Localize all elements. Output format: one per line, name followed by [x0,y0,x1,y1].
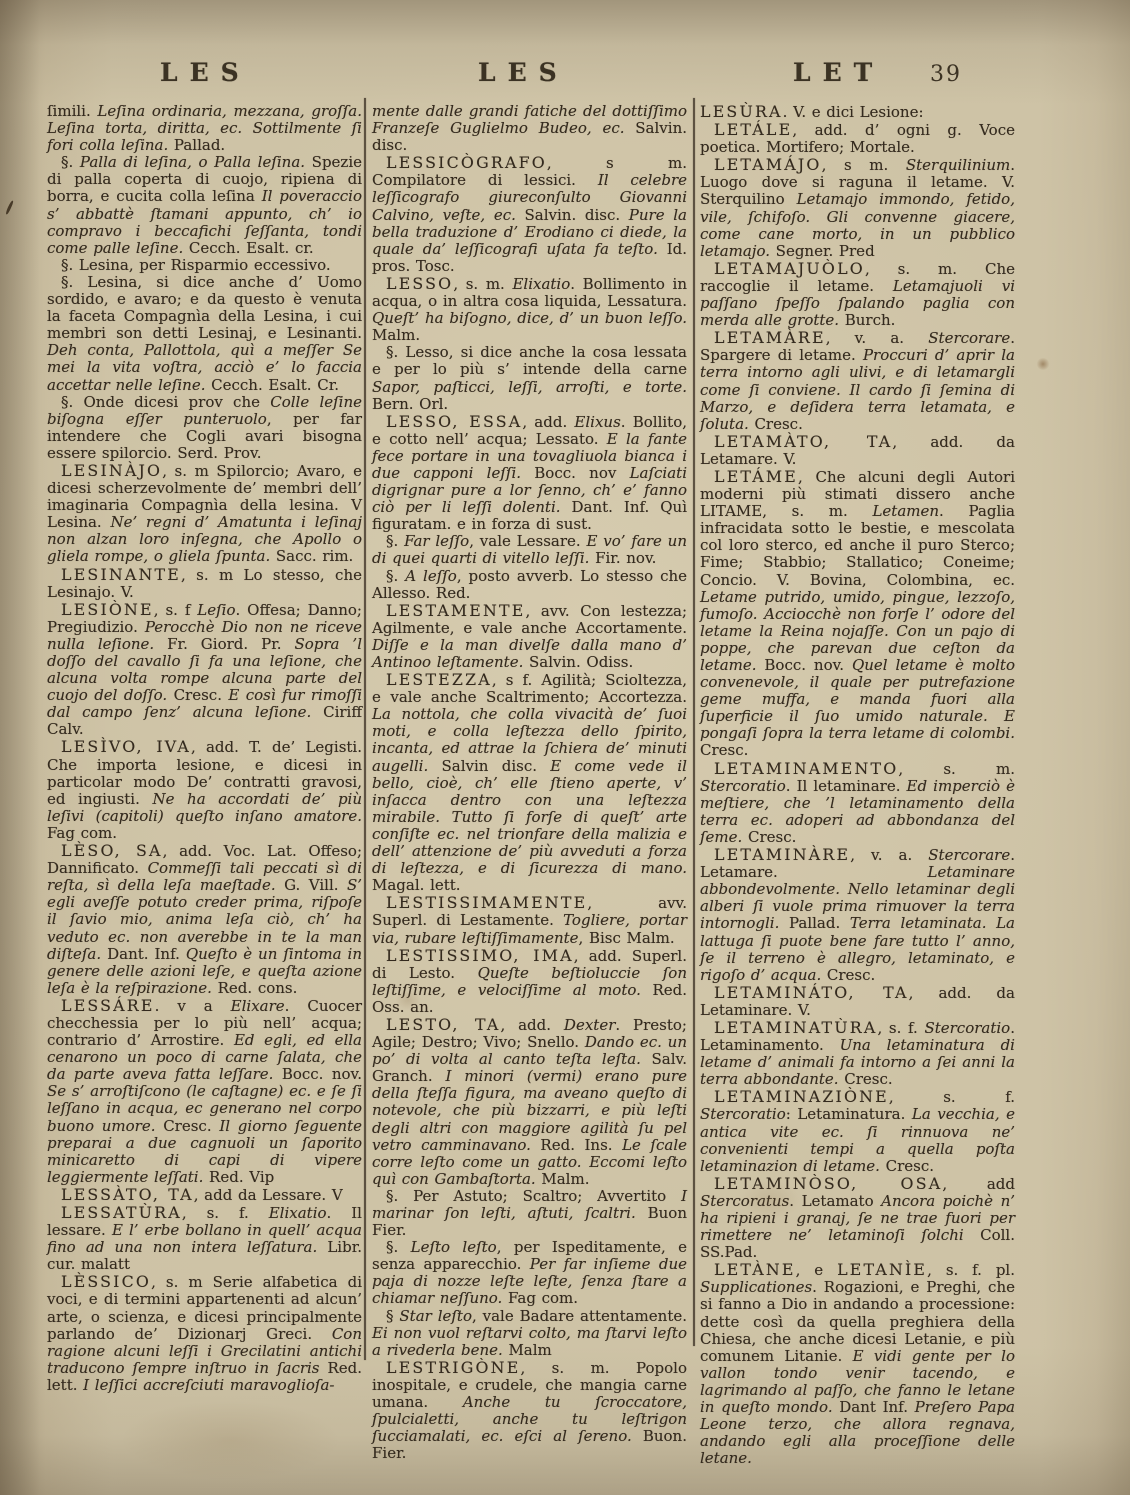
quotation-text: Supplicationes [700,1278,812,1296]
paper-stain [120,1400,340,1480]
column-rule-1 [364,98,366,1360]
dictionary-paragraph: LESSO, ESSA, add. Elixus. Bollito, e cot… [372,413,687,534]
entry-headword: LESSICÒGRAFO [386,153,547,172]
definition-text: , s. m. [898,760,1015,778]
definition-text: . V. e dici Lesione: [783,103,924,121]
entry-headword: LETAMINAMENTO [714,759,898,778]
dictionary-paragraph: LETÁLE, add. d’ ogni g. Voce poetica. Mo… [700,121,1015,156]
dictionary-paragraph: §. A leſſo, posto avverb. Lo stesso che … [372,568,687,602]
entry-headword: LESINANTE [61,565,181,584]
quotation-text: Stercoratio [700,1105,786,1123]
quotation-text: Queſt’ ha biſogno, dice, d’ un buon leſſ… [372,309,687,327]
dictionary-paragraph: LÈSO, SA, add. Voc. Lat. Offeso; Dannifi… [47,842,362,997]
text-column-2: mente dalle grandi fatiche del dottiſſim… [372,103,687,1462]
definition-text: Cresc. [174,686,229,704]
dictionary-paragraph: LETÀNE, e LETANÌE, s. f. pl. Supplicatio… [700,1261,1015,1467]
dictionary-paragraph: LETAMÀRE, v. a. Stercorare. Spargere di … [700,329,1015,433]
entry-headword: LETAMINÒSO, OSA [714,1174,942,1193]
dictionary-paragraph: LESSÀTO, TA, add da Lessare. V [47,1186,362,1204]
entry-headword: LETÁME [714,467,798,486]
definition-text: §. [61,153,80,171]
definition-text: , s. f [154,601,198,619]
entry-headword: LESSÀTO, TA [61,1185,194,1204]
dictionary-paragraph: LESSÁRE. v a Elixare. Cuocer checchessia… [47,997,362,1186]
definition-text: . v a [155,997,231,1015]
definition-text: , add. [500,1016,563,1034]
entry-headword: LETAMINATÙRA [714,1018,877,1037]
ink-mark [5,200,14,215]
quotation-text: Sterquilinium [906,156,1010,174]
dictionary-paragraph: LÈSSICO, s. m Serie alfabetica di voci, … [47,1273,362,1394]
definition-text: , s. f. [889,1088,1015,1106]
entry-headword: LÈSSICO [61,1272,151,1291]
dictionary-paragraph: mente dalle grandi fatiche del dottiſſim… [372,103,687,154]
definition-text: , add [942,1175,1015,1193]
dictionary-paragraph: LETAMÁJO, s m. Sterquilinium. Luogo dove… [700,156,1015,260]
dictionary-paragraph: §. Lesina, si dice anche d’ Uomo sordido… [47,274,362,394]
entry-headword: LESTRIGÒNE [386,1358,520,1377]
definition-text: G. Vill. [284,876,347,894]
entry-headword: LESIÒNE [61,600,154,619]
dictionary-paragraph: LESTISSIMO, IMA, add. Superl. di Lesto. … [372,947,687,1016]
dictionary-paragraph: LETAMAJUÒLO, s. m. Che raccoglie il leta… [700,260,1015,329]
dictionary-paragraph: §. Leſto leſto, per Ispeditamente, e sen… [372,1239,687,1307]
entry-headword: LETAMINÀRE [714,845,850,864]
entry-headword: LESTEZZA [386,670,492,689]
quotation-text: Dexter [564,1016,615,1034]
quotation-text: Star leſto [399,1307,472,1325]
entry-headword: LESSÁRE [61,996,155,1015]
quotation-text: Far leſſo [404,532,469,550]
running-head-right: LET [793,58,884,87]
definition-text: Malm [508,1341,551,1359]
definition-text: Salvin disc. [442,757,551,775]
definition-text: Red. Ins. [540,1136,622,1154]
entry-headword: LESTO, TA [386,1015,500,1034]
dictionary-paragraph: LESTAMENTE, avv. Con lestezza; Agilmente… [372,602,687,671]
dictionary-paragraph: §. Onde dicesi prov che Colle leſine biſ… [47,394,362,462]
definition-text: Cresc. [886,1157,934,1175]
definition-text: , v. a. [826,329,929,347]
definition-text: Salvin. disc. [525,206,629,224]
dictionary-paragraph: LESTRIGÒNE, s. m. Popolo inospitale, e c… [372,1359,687,1463]
definition-text: , s. f. pl. [927,1261,1015,1279]
entry-headword: LETAMINÁTO, TA [714,983,909,1002]
dictionary-paragraph: LETAMÀTO, TA, add. da Letamare. V. [700,433,1015,468]
definition-text: Dant Inf. [839,1398,914,1416]
definition-text: Bern. Orl. [372,395,448,413]
quotation-text: Stercoratio [700,777,786,795]
definition-text: , add da Lessare. V [194,1186,343,1204]
entry-headword: LESTISSIMO, IMA [386,946,574,965]
definition-text: §. [386,532,404,550]
quotation-text: Elixatio [512,275,570,293]
definition-text: Cresc. [827,966,875,984]
quotation-text: Stercorare [928,329,1010,347]
page-number: 39 [930,62,962,87]
definition-text: §. [386,1238,411,1256]
quotation-text: I leſſici accreſciuti maravoglioſa- [83,1376,334,1394]
entry-headword: LETANÌE [837,1260,927,1279]
definition-text: Cresc. [844,1070,892,1088]
definition-text: Cresc. [163,1117,219,1135]
definition-text: §. Lesina, per Risparmio eccessivo. [61,256,331,274]
column-rule-2 [693,98,695,1346]
definition-text: Cecch. Esalt. cr. [189,239,314,257]
paper-stain [1036,358,1050,370]
quotation-text: Sapor, paſticci, leſſi, arroſti, e torte… [372,378,687,396]
quotation-text: Stercoratio [924,1019,1010,1037]
dictionary-paragraph: LETAMINATÙRA, s. f. Stercoratio. Letamin… [700,1019,1015,1088]
quotation-text: Stercoratus [700,1192,789,1210]
entry-headword: LETAMAJUÒLO [714,259,865,278]
definition-text: §. Lesso, si dice anche la cosa lessata … [372,343,687,378]
text-column-1: ſimili. Leſina ordinaria, mezzana, groſſ… [47,103,362,1394]
quotation-text: Leſio [197,601,235,619]
dictionary-paragraph: LETAMINÀRE, v. a. Stercorare. Letamare. … [700,846,1015,984]
dictionary-paragraph: LETÁME, Che alcuni degli Autori moderni … [700,468,1015,760]
dictionary-paragraph: LESSICÒGRAFO, s m. Compilatore di lessic… [372,154,687,275]
text-column-3: LESÙRA. V. e dici Lesione:LETÁLE, add. d… [700,103,1015,1467]
quotation-text: Palla di leſina, o Palla leſina. [80,153,312,171]
dictionary-paragraph: §. Lesso, si dice anche la cosa lessata … [372,344,687,412]
definition-text: Fir. nov. [595,549,656,567]
entry-headword: LÈSO, SA [61,841,163,860]
definition-text: Fag com. [508,1289,578,1307]
definition-text: Burch. [845,311,896,329]
entry-headword: LESÙRA [700,102,783,121]
definition-text: Pallad. [174,136,225,154]
dictionary-paragraph: §. Per Astuto; Scaltro; Avvertito I mari… [372,1188,687,1239]
dictionary-paragraph: LESIÒNE, s. f Leſio. Offesa; Danno; Preg… [47,601,362,739]
dictionary-paragraph: LETAMINAZIÒNE, s. f. Stercoratio: Letami… [700,1088,1015,1174]
definition-text: ſimili. [47,102,97,120]
definition-text: . Letamato [789,1192,881,1210]
definition-text: , e [796,1261,837,1279]
quotation-text: Letamen [872,502,939,520]
definition-text: : Letaminatura. [786,1105,912,1123]
dictionary-paragraph: LESINANTE, s. m Lo stesso, che Lesinajo.… [47,566,362,601]
dictionary-paragraph: § Star leſto, vale Badare attentamente. … [372,1308,687,1359]
definition-text: Malm. [541,1170,589,1188]
quotation-text: Stercorare [928,846,1010,864]
definition-text: , s. m. [453,275,512,293]
definition-text: Salvin. Odiss. [529,653,633,671]
entry-headword: LESÌVO, IVA [61,737,191,756]
definition-text: Malm. [372,326,420,344]
definition-text: Bocc. nov. [282,1065,362,1083]
definition-text: Bocc. nov. [764,656,852,674]
definition-text: Fag com. [47,824,117,842]
definition-text: §. Onde dicesi prov che [61,393,270,411]
quotation-text: Elixare [231,997,285,1015]
definition-text: , s. f. [182,1204,269,1222]
running-head-center: LES [478,58,569,87]
entry-headword: LESTAMENTE [386,601,526,620]
entry-headword: LETÁLE [714,120,792,139]
entry-headword: LESSATÙRA [61,1203,182,1222]
definition-text: Pallad. [789,914,850,932]
dictionary-paragraph: LESTEZZA, s f. Agilità; Scioltezza, e va… [372,671,687,894]
definition-text: §. Lesina, si dice anche d’ Uomo sordido… [47,273,362,342]
entry-headword: LESINÀJO [61,461,162,480]
entry-headword: LETÀNE [714,1260,796,1279]
scanned-dictionary-page: LES LES LET 39 ſimili. Leſina ordinaria,… [0,0,1130,1495]
definition-text: Cresc. [754,415,802,433]
quotation-text: E come vede il bello, cioè, ch’ elle ſti… [372,757,687,878]
definition-text: , add. [522,413,574,431]
definition-text: , vale Badare attentamente. [472,1307,687,1325]
dictionary-paragraph: LESTO, TA, add. Dexter. Presto; Agile; D… [372,1016,687,1188]
entry-headword: LESTISSIMAMENTE [386,893,587,912]
dictionary-paragraph: LESINÀJO, s. m Spilorcio; Avaro, e dices… [47,462,362,566]
definition-text: Cresc. [748,828,796,846]
definition-text: , Bisc Malm. [579,929,675,947]
entry-headword: LESSO, ESSA [386,412,522,431]
quotation-text: Leſto leſto [411,1238,497,1256]
dictionary-paragraph: LETAMINAMENTO, s. m. Stercoratio. Il let… [700,760,1015,846]
dictionary-paragraph: §. Far leſſo, vale Lessare. E vo’ fare u… [372,533,687,567]
dictionary-paragraph: LESSATÙRA, s. f. Elixatio. Il lessare. E… [47,1204,362,1273]
definition-text: §. [386,567,405,585]
definition-text: , vale Lessare. [469,532,586,550]
quotation-text: Elixus [574,413,620,431]
definition-text: Segner. Pred [776,242,875,260]
entry-headword: LETAMÁJO [714,155,822,174]
dictionary-paragraph: §. Lesina, per Risparmio eccessivo. [47,257,362,274]
definition-text: , v. a. [850,846,928,864]
definition-text: . Il letaminare. [786,777,907,795]
entry-headword: LESSO [386,274,453,293]
definition-text: Cresc. [700,741,748,759]
dictionary-paragraph: ſimili. Leſina ordinaria, mezzana, groſſ… [47,103,362,154]
dictionary-paragraph: LETAMINÒSO, OSA, add Stercoratus. Letama… [700,1175,1015,1261]
dictionary-paragraph: LESÌVO, IVA, add. T. de’ Legisti. Che im… [47,738,362,842]
entry-headword: LETAMÀRE [714,328,826,347]
quotation-text: Elixatio [269,1204,327,1222]
dictionary-paragraph: §. Palla di leſina, o Palla leſina. Spez… [47,154,362,257]
definition-text: Sacc. rim. [276,547,353,565]
dictionary-paragraph: LESÙRA. V. e dici Lesione: [700,103,1015,121]
definition-text: §. Per Astuto; Scaltro; Avvertito [386,1187,681,1205]
entry-headword: LETAMÀTO, TA [714,432,892,451]
dictionary-paragraph: LETAMINÁTO, TA, add. da Letaminare. V. [700,984,1015,1019]
dictionary-paragraph: LESTISSIMAMENTE, avv. Superl. di Lestame… [372,894,687,946]
definition-text: § [386,1307,399,1325]
quotation-text: A leſſo [405,567,457,585]
definition-text: Red. cons. [218,979,298,997]
entry-headword: LETAMINAZIÒNE [714,1087,889,1106]
definition-text: , s. f. [877,1019,924,1037]
definition-text: Bocc. nov [534,464,629,482]
definition-text: Magal. lett. [372,876,461,894]
definition-text: Dant. Inf. [107,945,186,963]
definition-text: Fr. Giord. Pr. [167,635,294,653]
definition-text: , s m. [822,156,906,174]
definition-text: Cecch. Esalt. Cr. [211,376,339,394]
dictionary-paragraph: LESSO, s. m. Elixatio. Bollimento in acq… [372,275,687,344]
definition-text: Red. Vip [209,1168,274,1186]
running-head-left: LES [160,58,251,87]
